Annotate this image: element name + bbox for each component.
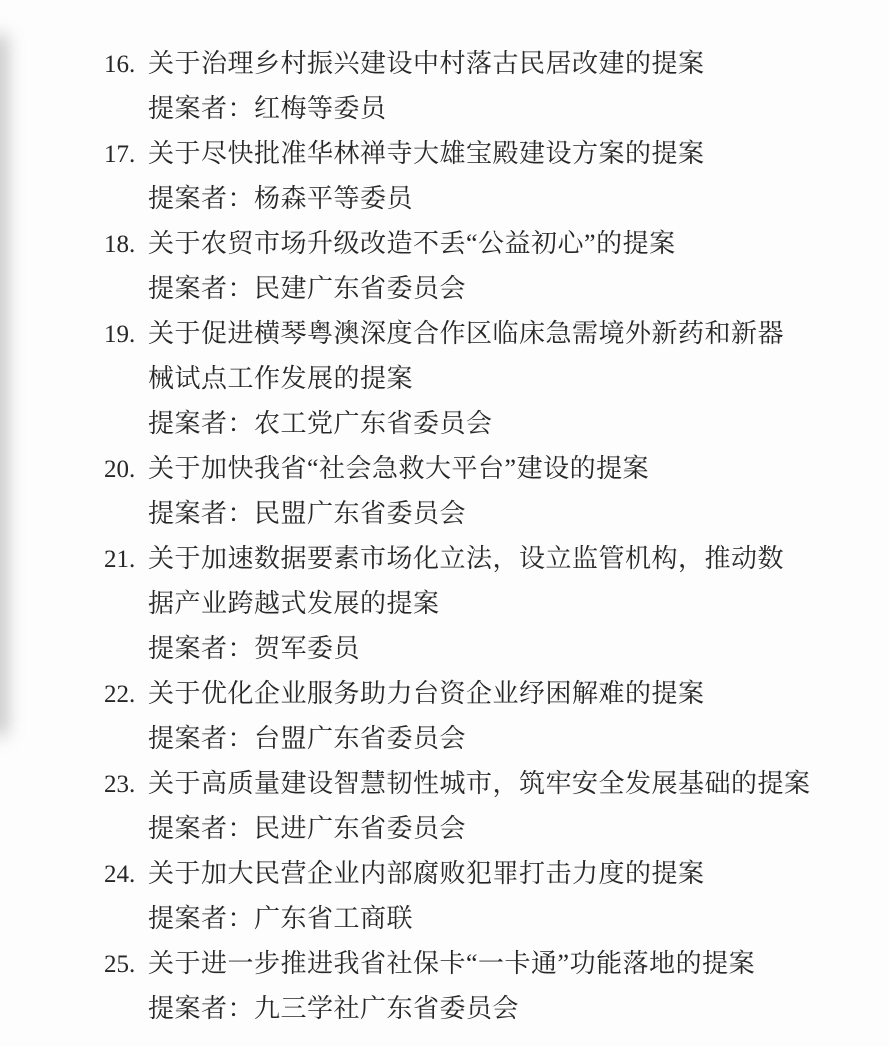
proposal-proposer-text: 提案者：九三学社广东省委员会	[148, 994, 519, 1023]
proposal-proposer-text: 提案者：贺军委员	[148, 634, 360, 663]
proposal-title-text: 关于治理乡村振兴建设中村落古民居改建的提案	[148, 49, 705, 78]
proposal-proposer-row: 提案者：广东省工商联	[104, 896, 865, 941]
proposal-number: 16.	[104, 42, 148, 87]
proposal-number: 20.	[104, 447, 148, 492]
proposal-item: 17.关于尽快批准华林禅寺大雄宝殿建设方案的提案提案者：杨森平等委员	[104, 131, 865, 221]
proposal-title-row: 17.关于尽快批准华林禅寺大雄宝殿建设方案的提案	[104, 131, 865, 176]
proposal-title-row: 23.关于高质量建设智慧韧性城市，筑牢安全发展基础的提案	[104, 761, 865, 806]
proposal-proposer-row: 提案者：民进广东省委员会	[104, 806, 865, 851]
proposal-title-text: 关于优化企业服务助力台资企业纾困解难的提案	[148, 679, 705, 708]
proposal-title-text: 关于农贸市场升级改造不丢“公益初心”的提案	[148, 229, 676, 258]
proposal-title-row: 16.关于治理乡村振兴建设中村落古民居改建的提案	[104, 41, 865, 86]
proposal-title-text: 据产业跨越式发展的提案	[148, 589, 440, 618]
proposal-title-continuation-row: 据产业跨越式发展的提案	[104, 581, 865, 626]
proposal-title-text: 关于加快我省“社会急救大平台”建设的提案	[148, 454, 649, 483]
proposal-item: 21.关于加速数据要素市场化立法，设立监管机构，推动数据产业跨越式发展的提案提案…	[104, 536, 865, 671]
proposal-title-row: 21.关于加速数据要素市场化立法，设立监管机构，推动数	[104, 536, 865, 581]
proposal-number: 19.	[104, 312, 148, 357]
proposal-title-row: 19.关于促进横琴粤澳深度合作区临床急需境外新药和新器	[104, 311, 865, 356]
proposal-item: 25.关于进一步推进我省社保卡“一卡通”功能落地的提案提案者：九三学社广东省委员…	[104, 941, 865, 1031]
proposal-number: 18.	[104, 222, 148, 267]
proposal-title-text: 关于加大民营企业内部腐败犯罪打击力度的提案	[148, 859, 705, 888]
proposal-item: 20.关于加快我省“社会急救大平台”建设的提案提案者：民盟广东省委员会	[104, 446, 865, 536]
proposal-proposer-text: 提案者：广东省工商联	[148, 904, 413, 933]
proposal-item: 18.关于农贸市场升级改造不丢“公益初心”的提案提案者：民建广东省委员会	[104, 221, 865, 311]
proposal-list: 16.关于治理乡村振兴建设中村落古民居改建的提案提案者：红梅等委员17.关于尽快…	[0, 0, 889, 1031]
proposal-proposer-row: 提案者：贺军委员	[104, 626, 865, 671]
proposal-title-text: 关于高质量建设智慧韧性城市，筑牢安全发展基础的提案	[148, 769, 811, 798]
proposal-title-row: 25.关于进一步推进我省社保卡“一卡通”功能落地的提案	[104, 941, 865, 986]
proposal-proposer-text: 提案者：台盟广东省委员会	[148, 724, 466, 753]
proposal-title-continuation-row: 械试点工作发展的提案	[104, 356, 865, 401]
proposal-title-text: 关于促进横琴粤澳深度合作区临床急需境外新药和新器	[148, 319, 784, 348]
proposal-proposer-text: 提案者：农工党广东省委员会	[148, 409, 493, 438]
document-page: 16.关于治理乡村振兴建设中村落古民居改建的提案提案者：红梅等委员17.关于尽快…	[0, 0, 889, 1047]
proposal-title-row: 22.关于优化企业服务助力台资企业纾困解难的提案	[104, 671, 865, 716]
proposal-item: 22.关于优化企业服务助力台资企业纾困解难的提案提案者：台盟广东省委员会	[104, 671, 865, 761]
proposal-number: 17.	[104, 132, 148, 177]
proposal-number: 23.	[104, 762, 148, 807]
proposal-item: 23.关于高质量建设智慧韧性城市，筑牢安全发展基础的提案提案者：民进广东省委员会	[104, 761, 865, 851]
proposal-proposer-text: 提案者：民进广东省委员会	[148, 814, 466, 843]
proposal-title-row: 24.关于加大民营企业内部腐败犯罪打击力度的提案	[104, 851, 865, 896]
proposal-title-text: 械试点工作发展的提案	[148, 364, 413, 393]
proposal-title-text: 关于进一步推进我省社保卡“一卡通”功能落地的提案	[148, 949, 755, 978]
proposal-number: 24.	[104, 852, 148, 897]
proposal-proposer-text: 提案者：民盟广东省委员会	[148, 499, 466, 528]
proposal-proposer-row: 提案者：民建广东省委员会	[104, 266, 865, 311]
proposal-title-text: 关于尽快批准华林禅寺大雄宝殿建设方案的提案	[148, 139, 705, 168]
proposal-proposer-row: 提案者：台盟广东省委员会	[104, 716, 865, 761]
proposal-number: 25.	[104, 942, 148, 987]
proposal-title-row: 20.关于加快我省“社会急救大平台”建设的提案	[104, 446, 865, 491]
proposal-title-text: 关于加速数据要素市场化立法，设立监管机构，推动数	[148, 544, 784, 573]
proposal-item: 19.关于促进横琴粤澳深度合作区临床急需境外新药和新器械试点工作发展的提案提案者…	[104, 311, 865, 446]
proposal-item: 24.关于加大民营企业内部腐败犯罪打击力度的提案提案者：广东省工商联	[104, 851, 865, 941]
proposal-proposer-row: 提案者：民盟广东省委员会	[104, 491, 865, 536]
proposal-proposer-row: 提案者：红梅等委员	[104, 86, 865, 131]
proposal-item: 16.关于治理乡村振兴建设中村落古民居改建的提案提案者：红梅等委员	[104, 41, 865, 131]
proposal-number: 21.	[104, 537, 148, 582]
proposal-proposer-row: 提案者：杨森平等委员	[104, 176, 865, 221]
proposal-proposer-row: 提案者：九三学社广东省委员会	[104, 986, 865, 1031]
proposal-proposer-row: 提案者：农工党广东省委员会	[104, 401, 865, 446]
proposal-title-row: 18.关于农贸市场升级改造不丢“公益初心”的提案	[104, 221, 865, 266]
proposal-proposer-text: 提案者：红梅等委员	[148, 94, 387, 123]
proposal-proposer-text: 提案者：民建广东省委员会	[148, 274, 466, 303]
proposal-number: 22.	[104, 672, 148, 717]
proposal-proposer-text: 提案者：杨森平等委员	[148, 184, 413, 213]
